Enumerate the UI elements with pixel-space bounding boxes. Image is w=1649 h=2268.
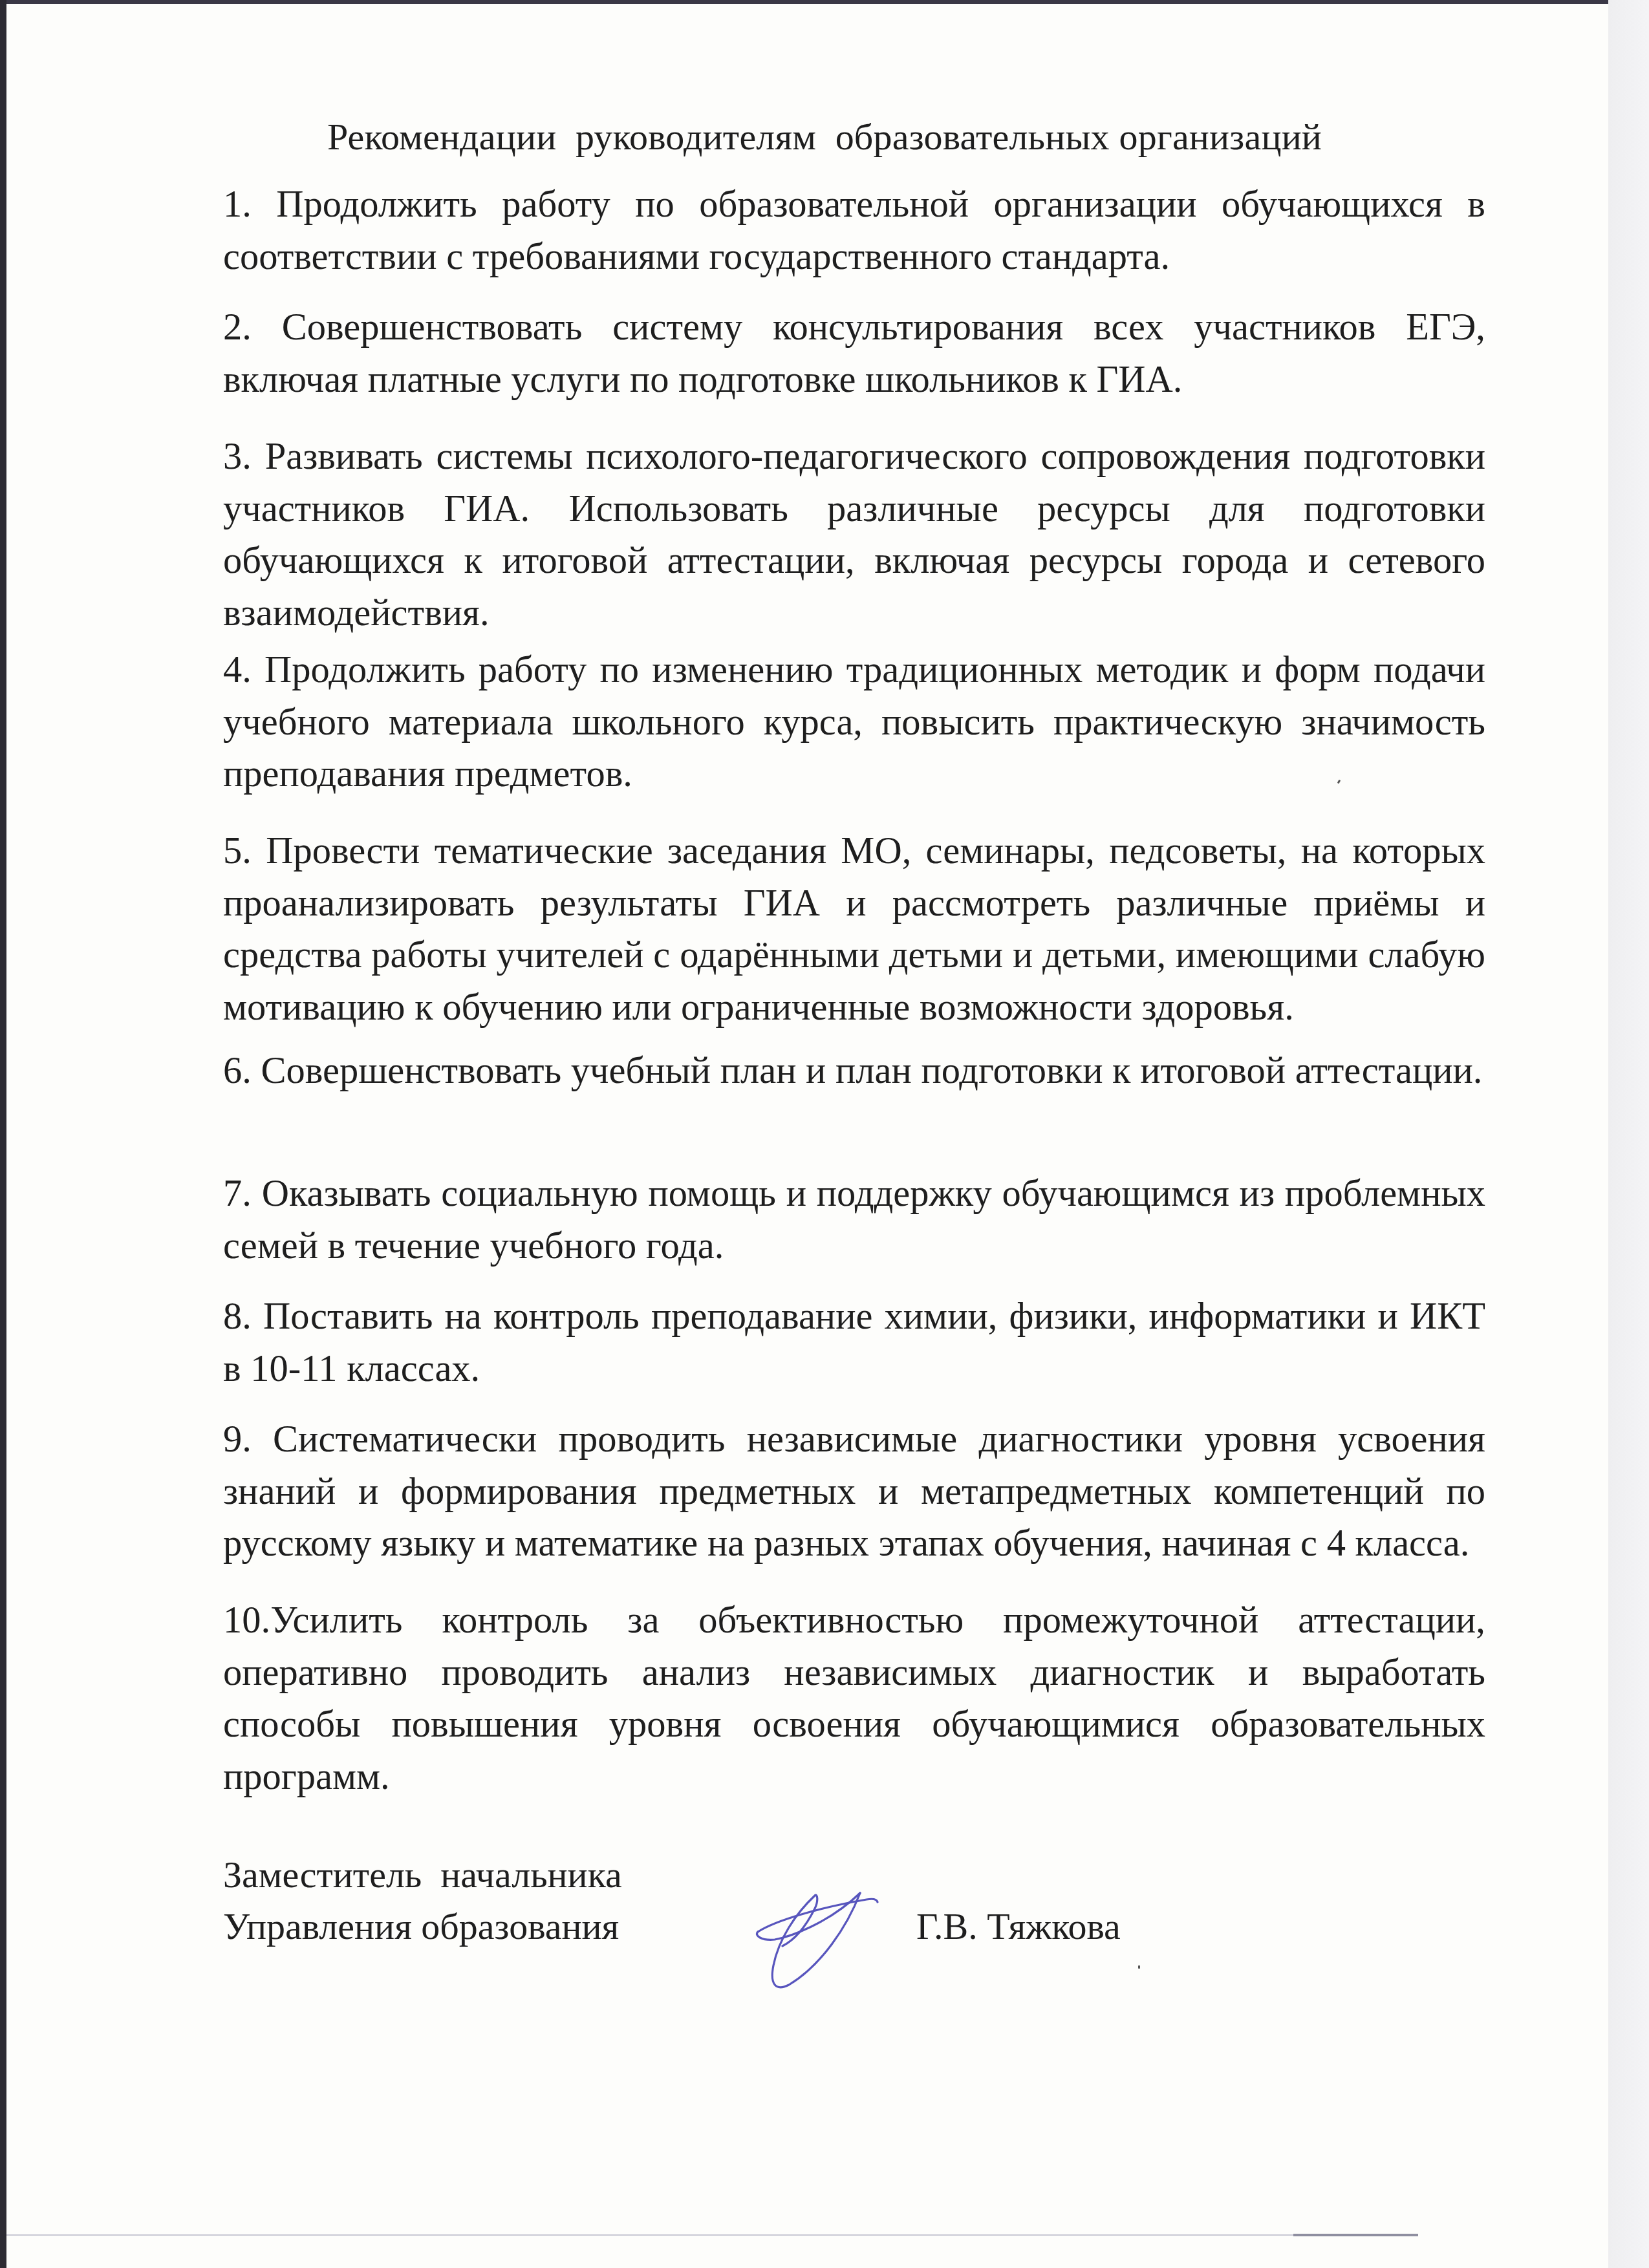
recommendation-5: 5. Провести тематические заседания МО, с… — [223, 825, 1485, 1033]
recommendation-10: 10.Усилить контроль за объективностью пр… — [223, 1594, 1485, 1803]
scan-speck — [1138, 1965, 1140, 1969]
page-bottom-edge — [6, 2234, 1416, 2236]
recommendation-8: 8. Поставить на контроль преподавание хи… — [223, 1290, 1485, 1395]
recommendation-2: 2. Совершенствовать систему консультиров… — [223, 301, 1485, 405]
signatory-position-line-2: Управления образования — [223, 1901, 622, 1952]
signatory-position: Заместитель начальника Управления образо… — [223, 1849, 622, 1952]
handwritten-signature-icon — [750, 1888, 892, 1998]
recommendation-1: 1. Продолжить работу по образовательной … — [223, 178, 1485, 283]
scan-top-edge — [0, 0, 1649, 4]
recommendation-6: 6. Совершенствовать учебный план и план … — [223, 1045, 1485, 1097]
scan-right-margin — [1608, 0, 1649, 2268]
recommendation-9: 9. Систематически проводить независимые … — [223, 1413, 1485, 1570]
recommendation-7: 7. Оказывать социальную помощь и поддерж… — [223, 1168, 1485, 1272]
signatory-name: Г.В. Тяжкова — [916, 1901, 1121, 1952]
recommendation-4: 4. Продолжить работу по изменению традиц… — [223, 644, 1485, 800]
recommendation-3: 3. Развивать системы психолого-педагогич… — [223, 431, 1485, 639]
document-title: Рекомендации руководителям образовательн… — [0, 111, 1649, 163]
scan-left-edge — [0, 0, 6, 2268]
signatory-position-line-1: Заместитель начальника — [223, 1849, 622, 1901]
page-bottom-edge-shadow — [1293, 2234, 1418, 2236]
